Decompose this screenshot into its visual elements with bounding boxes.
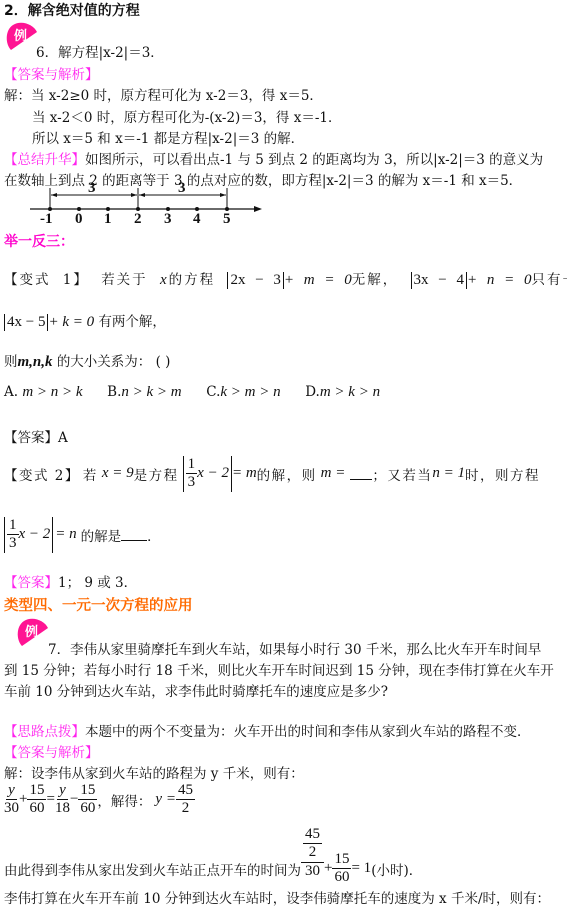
answer-blank[interactable] <box>350 468 372 480</box>
number-line-figure: 3 3 -1 0 1 2 3 4 5 <box>30 182 262 228</box>
tick-label: 5 <box>223 211 231 228</box>
summary-line-1: 【总结升华】如图所示，可以看出点-1 与 5 到点 2 的距离均为 3，所以|x… <box>4 148 543 168</box>
variant2-line2: 13 x − 2 = n 的解是 ． <box>4 517 161 553</box>
variant2-answer: 【答案】1； 9 或 3． <box>4 571 137 591</box>
example7-line2: 到 15 分钟；若每小时行 18 千米，则比火车开车时间迟到 15 分钟，现在李… <box>4 659 554 679</box>
summary-label: 【总结升华】 <box>4 152 85 168</box>
solution-line: 当 x-2＜0 时，原方程可化为-(x-2)＝3，得 x＝-1． <box>32 106 341 126</box>
answer-analysis-label: 【答案与解析】 <box>4 63 99 83</box>
variant2-line1: 【变式 2】 若 x = 9 是方程 13 x − 2 = m 的解，则 m =… <box>4 456 540 492</box>
answer-analysis-label: 【答案与解析】 <box>4 741 99 761</box>
tick-label: 1 <box>104 211 112 228</box>
equation-line: y30 + 1560 = y18 − 1560 ，解得： y = 452 <box>4 782 195 818</box>
solution-line: 解：当 x-2≥0 时，原方程可化为 x-2＝3，得 x＝5． <box>4 84 323 104</box>
option-c[interactable]: C.k > m > n <box>206 384 280 400</box>
variant1-question: 则m,n,k 的大小关系为： ( ) <box>4 350 170 371</box>
variant1-answer: 【答案】A <box>4 426 68 446</box>
tick-label: 0 <box>75 211 83 228</box>
time-equation-line: 由此得到李伟从家出发到火车站正点开车的时间为 452 30 + 1560 = 1… <box>4 826 422 880</box>
example7-line1: 7．李伟从家里骑摩托车到火车站，如果每小时行 30 千米，那么比火车开车时间早 <box>48 638 541 658</box>
solution-line: 所以 x＝5 和 x＝-1 都是方程|x-2|＝3 的解． <box>32 127 304 147</box>
variant2-label: 【变式 2】 <box>4 464 80 484</box>
tick-label: 3 <box>164 211 172 228</box>
tick-label: 2 <box>134 211 142 228</box>
example-badge-icon: 例 <box>3 20 33 50</box>
example-badge-icon: 例 <box>14 616 44 646</box>
section-heading: 2．解含绝对值的方程 <box>4 0 140 20</box>
variant1-line1: 【变式 1】 若关于 x的方程 2x − 3+ m = 0无解， 3x − 4+… <box>4 268 567 289</box>
tick-label: -1 <box>40 211 53 228</box>
answer-blank[interactable] <box>121 529 147 541</box>
option-d[interactable]: D.m > k > n <box>305 384 380 400</box>
variant1-options: A. m > n > k B.n > k > m C.k > m > n D.m… <box>4 384 380 401</box>
example6-problem: 6．解方程|x-2|＝3． <box>36 41 164 61</box>
solution-line: 解：设李伟从家到火车站的路程为 y 千米，则有： <box>4 762 304 782</box>
type4-heading: 类型四、一元一次方程的应用 <box>4 594 193 615</box>
variant1-line2: 4x − 5+ k = 0 有两个解， <box>4 310 166 331</box>
svg-text:例: 例 <box>25 624 38 640</box>
option-a[interactable]: A. m > n > k <box>4 384 83 400</box>
svg-text:例: 例 <box>14 28 27 44</box>
variant1-label: 【变式 1】 <box>4 272 89 288</box>
hint-line: 【思路点拨】本题中的两个不变量为：火车开出的时间和李伟从家到火车站的路程不变． <box>4 720 531 740</box>
option-b[interactable]: B.n > k > m <box>107 384 181 400</box>
solution-line: 李伟打算在火车开车前 10 分钟到达火车站时，设李伟骑摩托车的速度为 x 千米/… <box>4 887 550 906</box>
hint-label: 【思路点拨】 <box>4 724 85 740</box>
tick-label: 4 <box>193 211 201 228</box>
example7-line3: 车前 10 分钟到达火车站，求李伟此时骑摩托车的速度应是多少? <box>4 680 388 700</box>
practice-heading: 举一反三： <box>4 231 74 251</box>
